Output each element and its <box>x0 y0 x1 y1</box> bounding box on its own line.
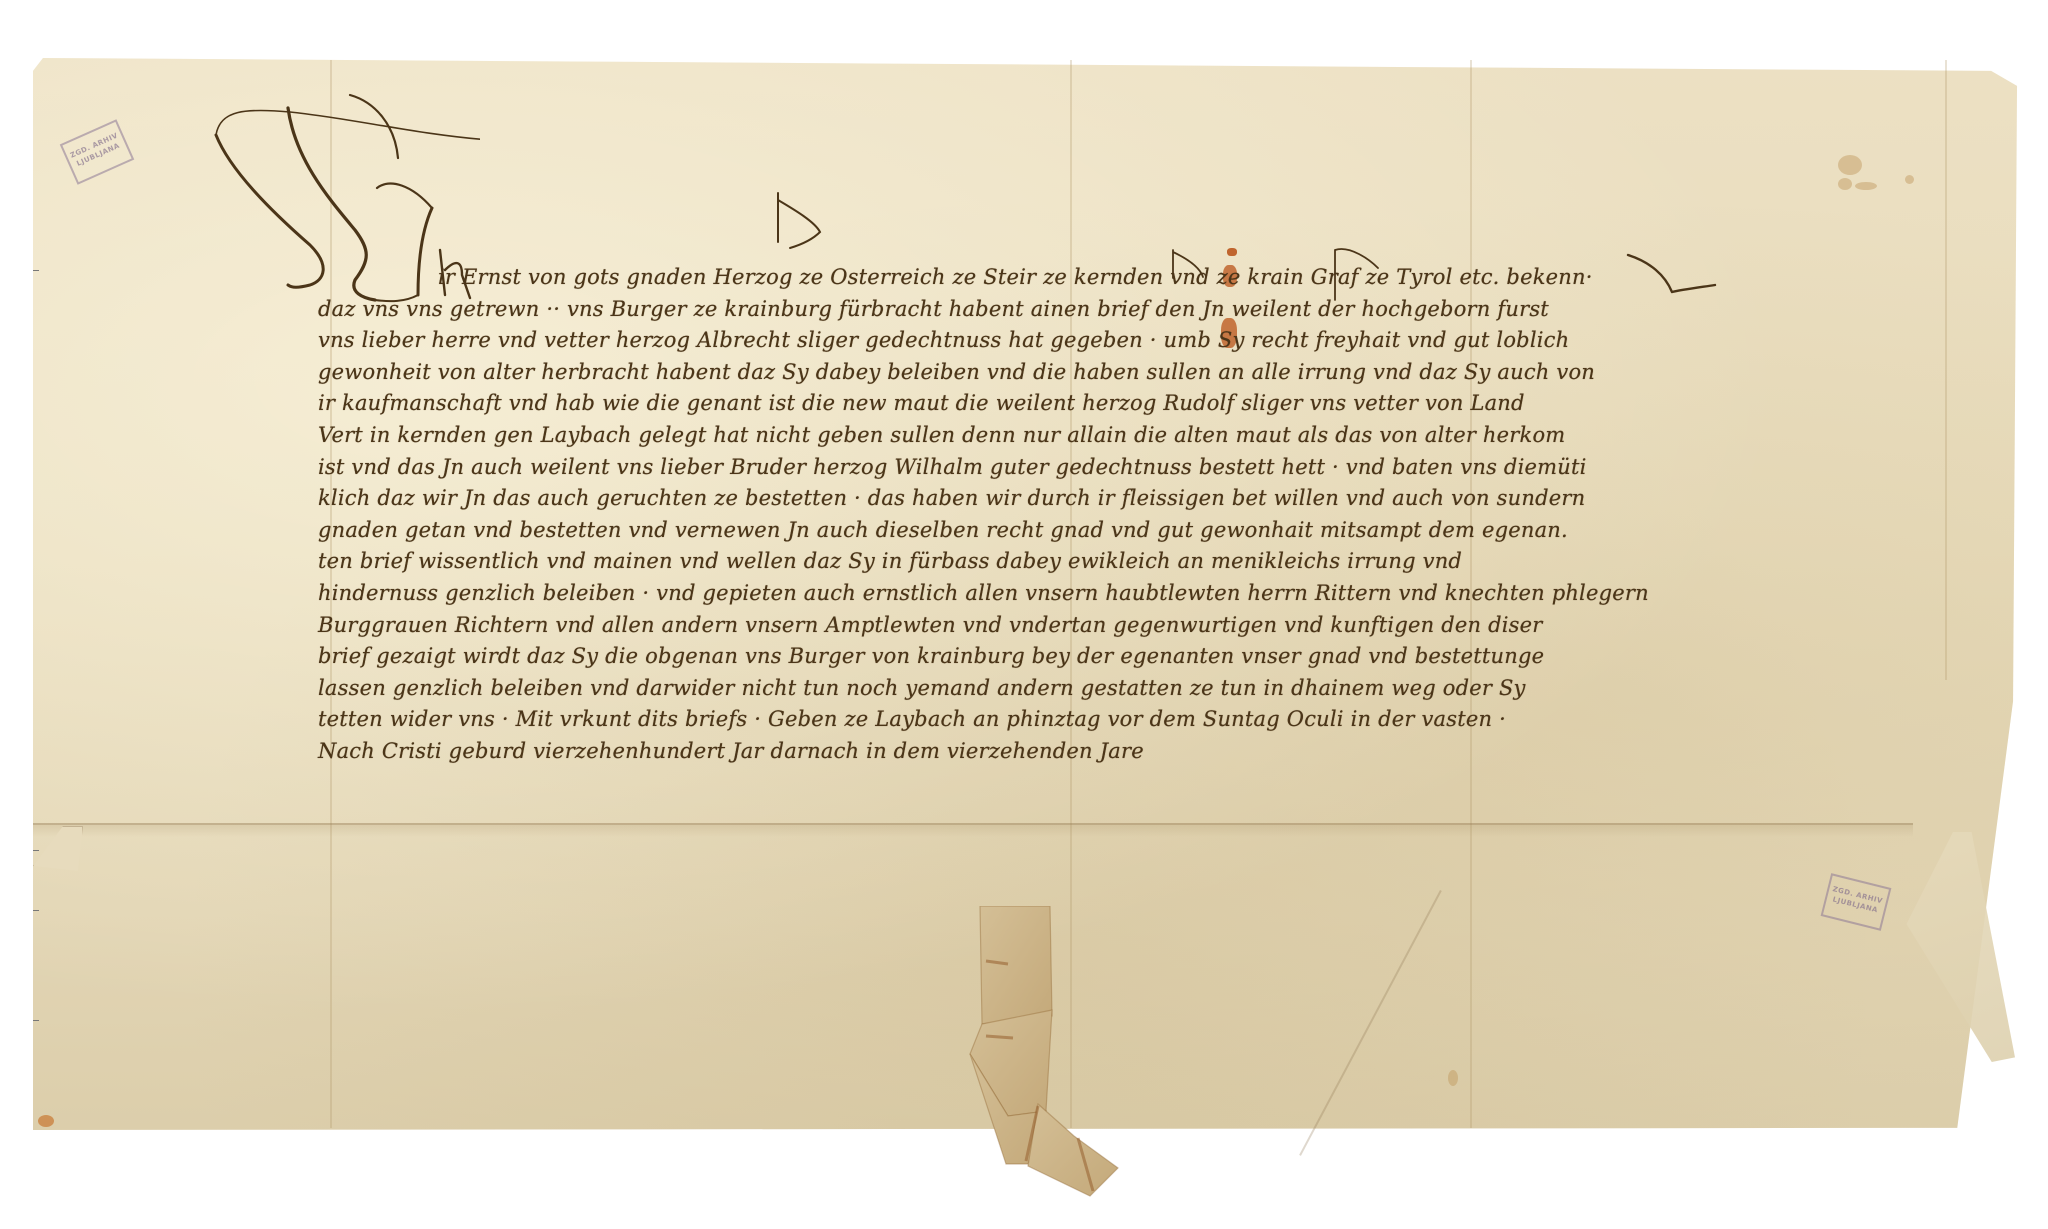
charter-text: ir Ernst von gots gnaden Herzog ze Oster… <box>318 262 1838 768</box>
edge-tick <box>33 850 39 851</box>
text-line-10: ten brief wissentlich vnd mainen vnd wel… <box>318 546 1838 578</box>
text-line-15: tetten wider vns · Mit vrkunt dits brief… <box>318 704 1838 736</box>
text-line-12: Burggrauen Richtern vnd allen andern vns… <box>318 610 1838 642</box>
stain-spot <box>1855 182 1877 190</box>
vertical-fold-line <box>1945 60 1947 680</box>
text-line-16: Nach Cristi geburd vierzehenhundert Jar … <box>318 736 1838 768</box>
stain-spot <box>1838 155 1862 175</box>
plica-fold-shadow <box>33 825 1913 837</box>
stain-spot <box>38 1115 54 1127</box>
text-line-14: lassen genzlich beleiben vnd darwider ni… <box>318 673 1838 705</box>
text-line-1: ir Ernst von gots gnaden Herzog ze Oster… <box>318 262 1838 294</box>
text-line-9: gnaden getan vnd bestetten vnd vernewen … <box>318 515 1838 547</box>
edge-tick <box>33 270 39 271</box>
edge-tick <box>33 1020 39 1021</box>
text-line-4: gewonheit von alter herbracht habent daz… <box>318 357 1838 389</box>
text-line-3: vns lieber herre vnd vetter herzog Albre… <box>318 325 1838 357</box>
red-wax-trace <box>1227 248 1237 256</box>
charter-image: ZGD. ARHIV LJUBLJANA ZGD. ARHIV LJUBLJAN… <box>0 0 2048 1229</box>
stain-spot <box>1905 175 1914 184</box>
stain-spot <box>1838 178 1852 190</box>
text-line-13: brief gezaigt wirdt daz Sy die obgenan v… <box>318 641 1838 673</box>
text-line-5: ir kaufmanschaft vnd hab wie die genant … <box>318 388 1838 420</box>
text-line-7: ist vnd das Jn auch weilent vns lieber B… <box>318 452 1838 484</box>
text-line-8: klich daz wir Jn das auch geruchten ze b… <box>318 483 1838 515</box>
text-line-6: Vert in kernden gen Laybach gelegt hat n… <box>318 420 1838 452</box>
edge-tick <box>33 910 39 911</box>
text-line-2: daz vns vns getrewn ·· vns Burger ze kra… <box>318 294 1838 326</box>
text-line-11: hindernuss genzlich beleiben · vnd gepie… <box>318 578 1838 610</box>
seal-tag-strip <box>968 906 1158 1211</box>
stain-spot <box>1448 1070 1458 1086</box>
